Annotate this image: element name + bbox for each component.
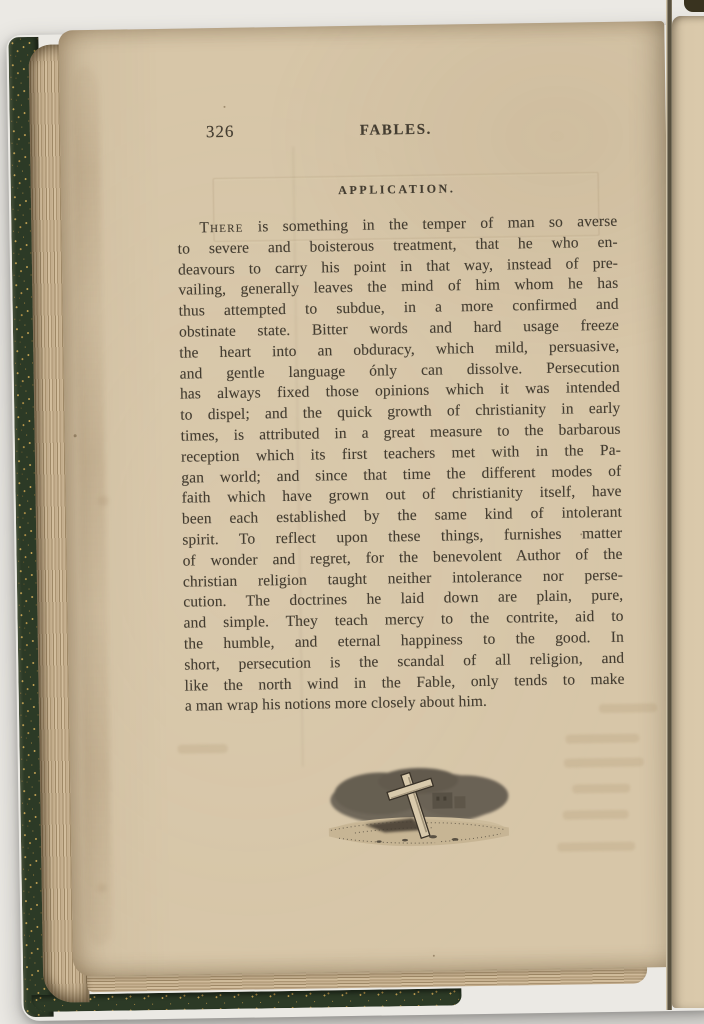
- show-through-mark: [557, 842, 635, 852]
- show-through-mark: [565, 733, 639, 743]
- body-text: There is something in the temper of man …: [177, 212, 625, 718]
- foxing-speck: [433, 955, 435, 957]
- cross-engraving: [314, 755, 523, 854]
- show-through-mark: [178, 744, 228, 754]
- damp-stain: [73, 66, 113, 946]
- running-title: FABLES.: [176, 119, 616, 143]
- show-through-mark: [564, 757, 644, 767]
- small-caps-lead-word: There: [199, 219, 243, 237]
- printed-content: 326 FABLES. APPLICATION. There is someth…: [174, 22, 614, 29]
- next-page-sliver: [672, 16, 704, 1008]
- foxing-speck: [74, 434, 77, 437]
- show-through-mark: [572, 784, 630, 794]
- show-through-mark: [563, 810, 629, 820]
- book: 326 FABLES. APPLICATION. There is someth…: [2, 14, 704, 1021]
- foxing-spot: [98, 496, 109, 506]
- book-gutter: [662, 0, 704, 1024]
- far-cover-corner: [684, 0, 704, 12]
- book-page: 326 FABLES. APPLICATION. There is someth…: [58, 21, 679, 976]
- foxing-speck: [223, 106, 225, 108]
